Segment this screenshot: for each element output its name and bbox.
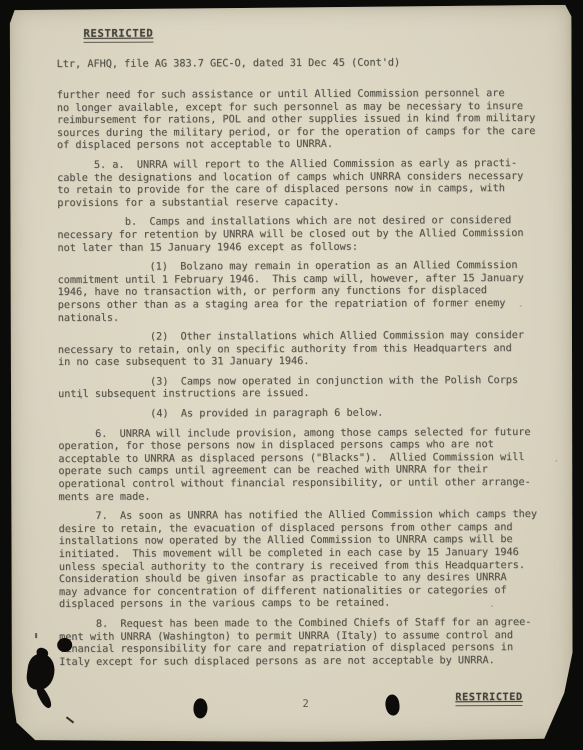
punch-hole-left — [57, 638, 72, 652]
paragraph-5a: 5. a. UNRRA will report to the Allied Co… — [57, 158, 562, 211]
paper-speckles — [8, 7, 10, 9]
paragraph-8: 8. Request has been made to the Combined… — [59, 617, 564, 670]
punch-hole-bottom-right — [385, 694, 401, 716]
document-body: further need for such assistance or unti… — [57, 88, 565, 677]
paragraph-5b4: (4) As provided in paragraph 6 below. — [58, 407, 563, 422]
paragraph-7: 7. As soon as UNRRA has notified the All… — [59, 509, 564, 612]
punch-hole-bottom-left — [193, 698, 208, 719]
page-number: 2 — [302, 698, 308, 710]
ink-blot-tail — [34, 684, 53, 709]
scratch-mark — [66, 716, 74, 723]
scanned-document-photo: { "page": { "top_stamp": "RESTRICTED", "… — [0, 0, 583, 750]
document-page: RESTRICTED Ltr, AFHQ, file AG 383.7 GEC-… — [8, 5, 574, 743]
paragraph-5b3: (3) Camps now operated in conjunction wi… — [58, 375, 563, 402]
paragraph-5b: b. Camps and installations which are not… — [57, 215, 562, 255]
paragraph-5b1: (1) Bolzano may remain in operation as a… — [58, 260, 563, 325]
restricted-stamp-bottom: RESTRICTED — [455, 692, 522, 706]
reference-line: Ltr, AFHQ, file AG 383.7 GEC-O, dated 31… — [57, 58, 401, 70]
paragraph-5b2: (2) Other installations which Allied Com… — [58, 330, 563, 370]
paragraph-continuation: further need for such assistance or unti… — [57, 88, 562, 153]
restricted-stamp-top: RESTRICTED — [83, 28, 153, 43]
paragraph-6: 6. UNRRA will include provision, among t… — [58, 426, 563, 504]
scratch-mark-small — [35, 633, 37, 638]
